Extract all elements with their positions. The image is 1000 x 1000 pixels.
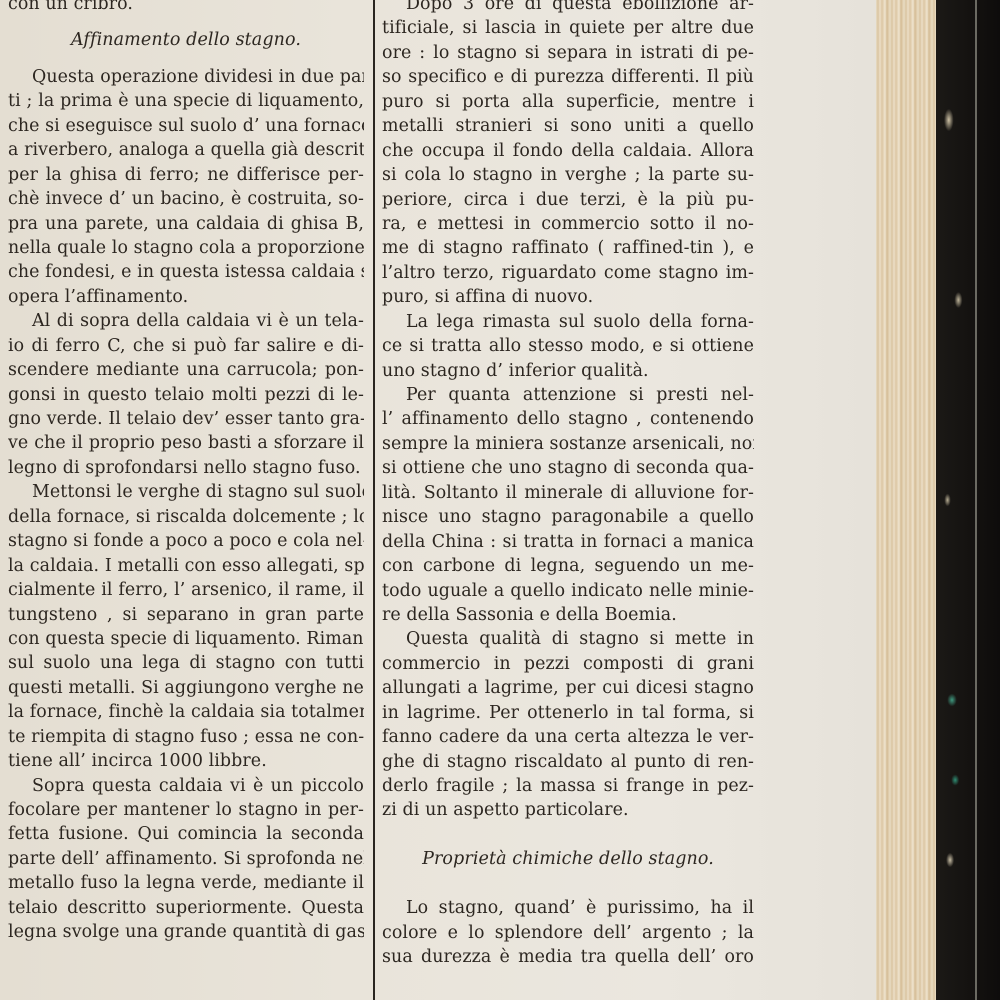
text-line: Lo stagno, quand’ è purissimo, ha il xyxy=(382,896,754,920)
text-line: allungati a lagrime, per cui dicesi stag… xyxy=(382,676,754,700)
text-line: sempre la miniera sostanze arsenicali, n… xyxy=(382,432,754,456)
text-line: ce si tratta allo stesso modo, e si otti… xyxy=(382,334,754,358)
paragraph: Al di sopra della caldaia vi è un tela- … xyxy=(8,309,364,480)
text-line: sua durezza è media tra quella dell’ oro xyxy=(382,945,754,969)
text-line: Questa qualità di stagno si mette in xyxy=(382,627,754,651)
text-line: metallo fuso la legna verde, mediante il xyxy=(8,871,364,895)
paragraph: Questa operazione dividesi in due par- t… xyxy=(8,65,364,309)
text-line: tiene all’ incirca 1000 libbre. xyxy=(8,749,364,773)
text-line: della China : si tratta in fornaci a man… xyxy=(382,530,754,554)
paragraph: Questa qualità di stagno si mette in com… xyxy=(382,627,754,823)
left-column: con un cribro. Affinamento dello stagno.… xyxy=(8,0,364,945)
text-line: si ottiene che uno stagno di seconda qua… xyxy=(382,456,754,480)
text-line: a riverbero, analoga a quella già descri… xyxy=(8,138,364,162)
text-line: uno stagno d’ inferior qualità. xyxy=(382,359,754,383)
text-line: fetta fusione. Qui comincia la seconda xyxy=(8,822,364,846)
paragraph: Per quanta attenzione si presti nel- l’ … xyxy=(382,383,754,627)
text-line: ore : lo stagno si separa in istrati di … xyxy=(382,41,754,65)
text-line: so specifico e di purezza differenti. Il… xyxy=(382,65,754,89)
paragraph: La lega rimasta sul suolo della forna- c… xyxy=(382,310,754,383)
text-line: nisce uno stagno paragonabile a quello xyxy=(382,505,754,529)
text-line: stagno si fonde a poco a poco e cola nel… xyxy=(8,529,364,553)
text-line: me di stagno raffinato ( raffined-tin ),… xyxy=(382,236,754,260)
text-line: per la ghisa di ferro; ne differisce per… xyxy=(8,163,364,187)
text-line: periore, circa i due terzi, è la più pu- xyxy=(382,188,754,212)
text-line: puro, si affina di nuovo. xyxy=(382,285,754,309)
text-line: tungsteno , si separano in gran parte xyxy=(8,603,364,627)
marbled-cover xyxy=(936,0,1000,1000)
text-line: ra, e mettesi in commercio sotto il no- xyxy=(382,212,754,236)
text-line: l’altro terzo, riguardato come stagno im… xyxy=(382,261,754,285)
text-line: io di ferro C, che si può far salire e d… xyxy=(8,334,364,358)
right-column: Dopo 3 ore di questa ebollizione ar- tif… xyxy=(382,0,754,970)
text-line: colore e lo splendore dell’ argento ; la xyxy=(382,921,754,945)
text-line: Mettonsi le verghe di stagno sul suolo xyxy=(8,480,364,504)
text-line: la caldaia. I metalli con esso allegati,… xyxy=(8,554,364,578)
text-line: re della Sassonia e della Boemia. xyxy=(382,603,754,627)
text-line: te riempita di stagno fuso ; essa ne con… xyxy=(8,725,364,749)
section-heading-affinamento: Affinamento dello stagno. xyxy=(8,28,364,52)
text-line: zi di un aspetto particolare. xyxy=(382,798,754,822)
text-line: Dopo 3 ore di questa ebollizione ar- xyxy=(382,0,754,16)
paragraph: Dopo 3 ore di questa ebollizione ar- tif… xyxy=(382,0,754,310)
text-line: legno di sprofondarsi nello stagno fuso. xyxy=(8,456,364,480)
text-line: La lega rimasta sul suolo della forna- xyxy=(382,310,754,334)
text-line: con carbone di legna, seguendo un me- xyxy=(382,554,754,578)
text-line: della fornace, si riscalda dolcemente ; … xyxy=(8,505,364,529)
text-line: chè invece d’ un bacino, è costruita, so… xyxy=(8,187,364,211)
text-line: ve che il proprio peso basti a sforzare … xyxy=(8,431,364,455)
text-line: parte dell’ affinamento. Si sprofonda ne… xyxy=(8,847,364,871)
text-line: cialmente il ferro, l’ arsenico, il rame… xyxy=(8,578,364,602)
text-line: Per quanta attenzione si presti nel- xyxy=(382,383,754,407)
text-line: questi metalli. Si aggiungono verghe nel… xyxy=(8,676,364,700)
text-line: ghe di stagno riscaldato al punto di ren… xyxy=(382,750,754,774)
paragraph: Sopra questa caldaia vi è un piccolo foc… xyxy=(8,774,364,945)
text-line: puro si porta alla superficie, mentre i xyxy=(382,90,754,114)
text-line: fanno cadere da una certa altezza le ver… xyxy=(382,725,754,749)
text-line: sul suolo una lega di stagno con tutti xyxy=(8,651,364,675)
text-line: che fondesi, e in questa istessa caldaia… xyxy=(8,260,364,284)
text-line: telaio descritto superiormente. Questa xyxy=(8,896,364,920)
text-line: nella quale lo stagno cola a proporzione xyxy=(8,236,364,260)
paragraph: Lo stagno, quand’ è purissimo, ha il col… xyxy=(382,896,754,969)
text-line: lità. Soltanto il minerale di alluvione … xyxy=(382,481,754,505)
text-line: con questa specie di liquamento. Rimane xyxy=(8,627,364,651)
paragraph: Mettonsi le verghe di stagno sul suolo d… xyxy=(8,480,364,773)
text-line: pra una parete, una caldaia di ghisa B, xyxy=(8,212,364,236)
text-line: commercio in pezzi composti di grani xyxy=(382,652,754,676)
text-line: la fornace, finchè la caldaia sia totalm… xyxy=(8,700,364,724)
text-line: Sopra questa caldaia vi è un piccolo xyxy=(8,774,364,798)
text-line: Al di sopra della caldaia vi è un tela- xyxy=(8,309,364,333)
text-line: derlo fragile ; la massa si frange in pe… xyxy=(382,774,754,798)
text-line: tificiale, si lascia in quiete per altre… xyxy=(382,16,754,40)
text-line: gonsi in questo telaio molti pezzi di le… xyxy=(8,383,364,407)
text-line: todo uguale a quello indicato nelle mini… xyxy=(382,579,754,603)
text-line: in lagrime. Per ottenerlo in tal forma, … xyxy=(382,701,754,725)
text-line: che occupa il fondo della caldaia. Allor… xyxy=(382,139,754,163)
text-line: l’ affinamento dello stagno , contenendo xyxy=(382,407,754,431)
section-heading-proprieta: Proprietà chimiche dello stagno. xyxy=(382,847,754,871)
text-line: metalli stranieri si sono uniti a quello xyxy=(382,114,754,138)
text-line: gno verde. Il telaio dev’ esser tanto gr… xyxy=(8,407,364,431)
text-line: Questa operazione dividesi in due par- xyxy=(8,65,364,89)
cover-edge xyxy=(975,0,977,1000)
text-line: si cola lo stagno in verghe ; la parte s… xyxy=(382,163,754,187)
text-line: legna svolge una grande quantità di gas, xyxy=(8,920,364,944)
column-divider xyxy=(373,0,375,1000)
text-line: opera l’affinamento. xyxy=(8,285,364,309)
text-line: ti ; la prima è una specie di liquamento… xyxy=(8,89,364,113)
text-line: focolare per mantener lo stagno in per- xyxy=(8,798,364,822)
page-edges xyxy=(876,0,936,1000)
text-line: con un cribro. xyxy=(8,0,364,16)
text-line: che si eseguisce sul suolo d’ una fornac… xyxy=(8,114,364,138)
text-line: scendere mediante una carrucola; pon- xyxy=(8,358,364,382)
